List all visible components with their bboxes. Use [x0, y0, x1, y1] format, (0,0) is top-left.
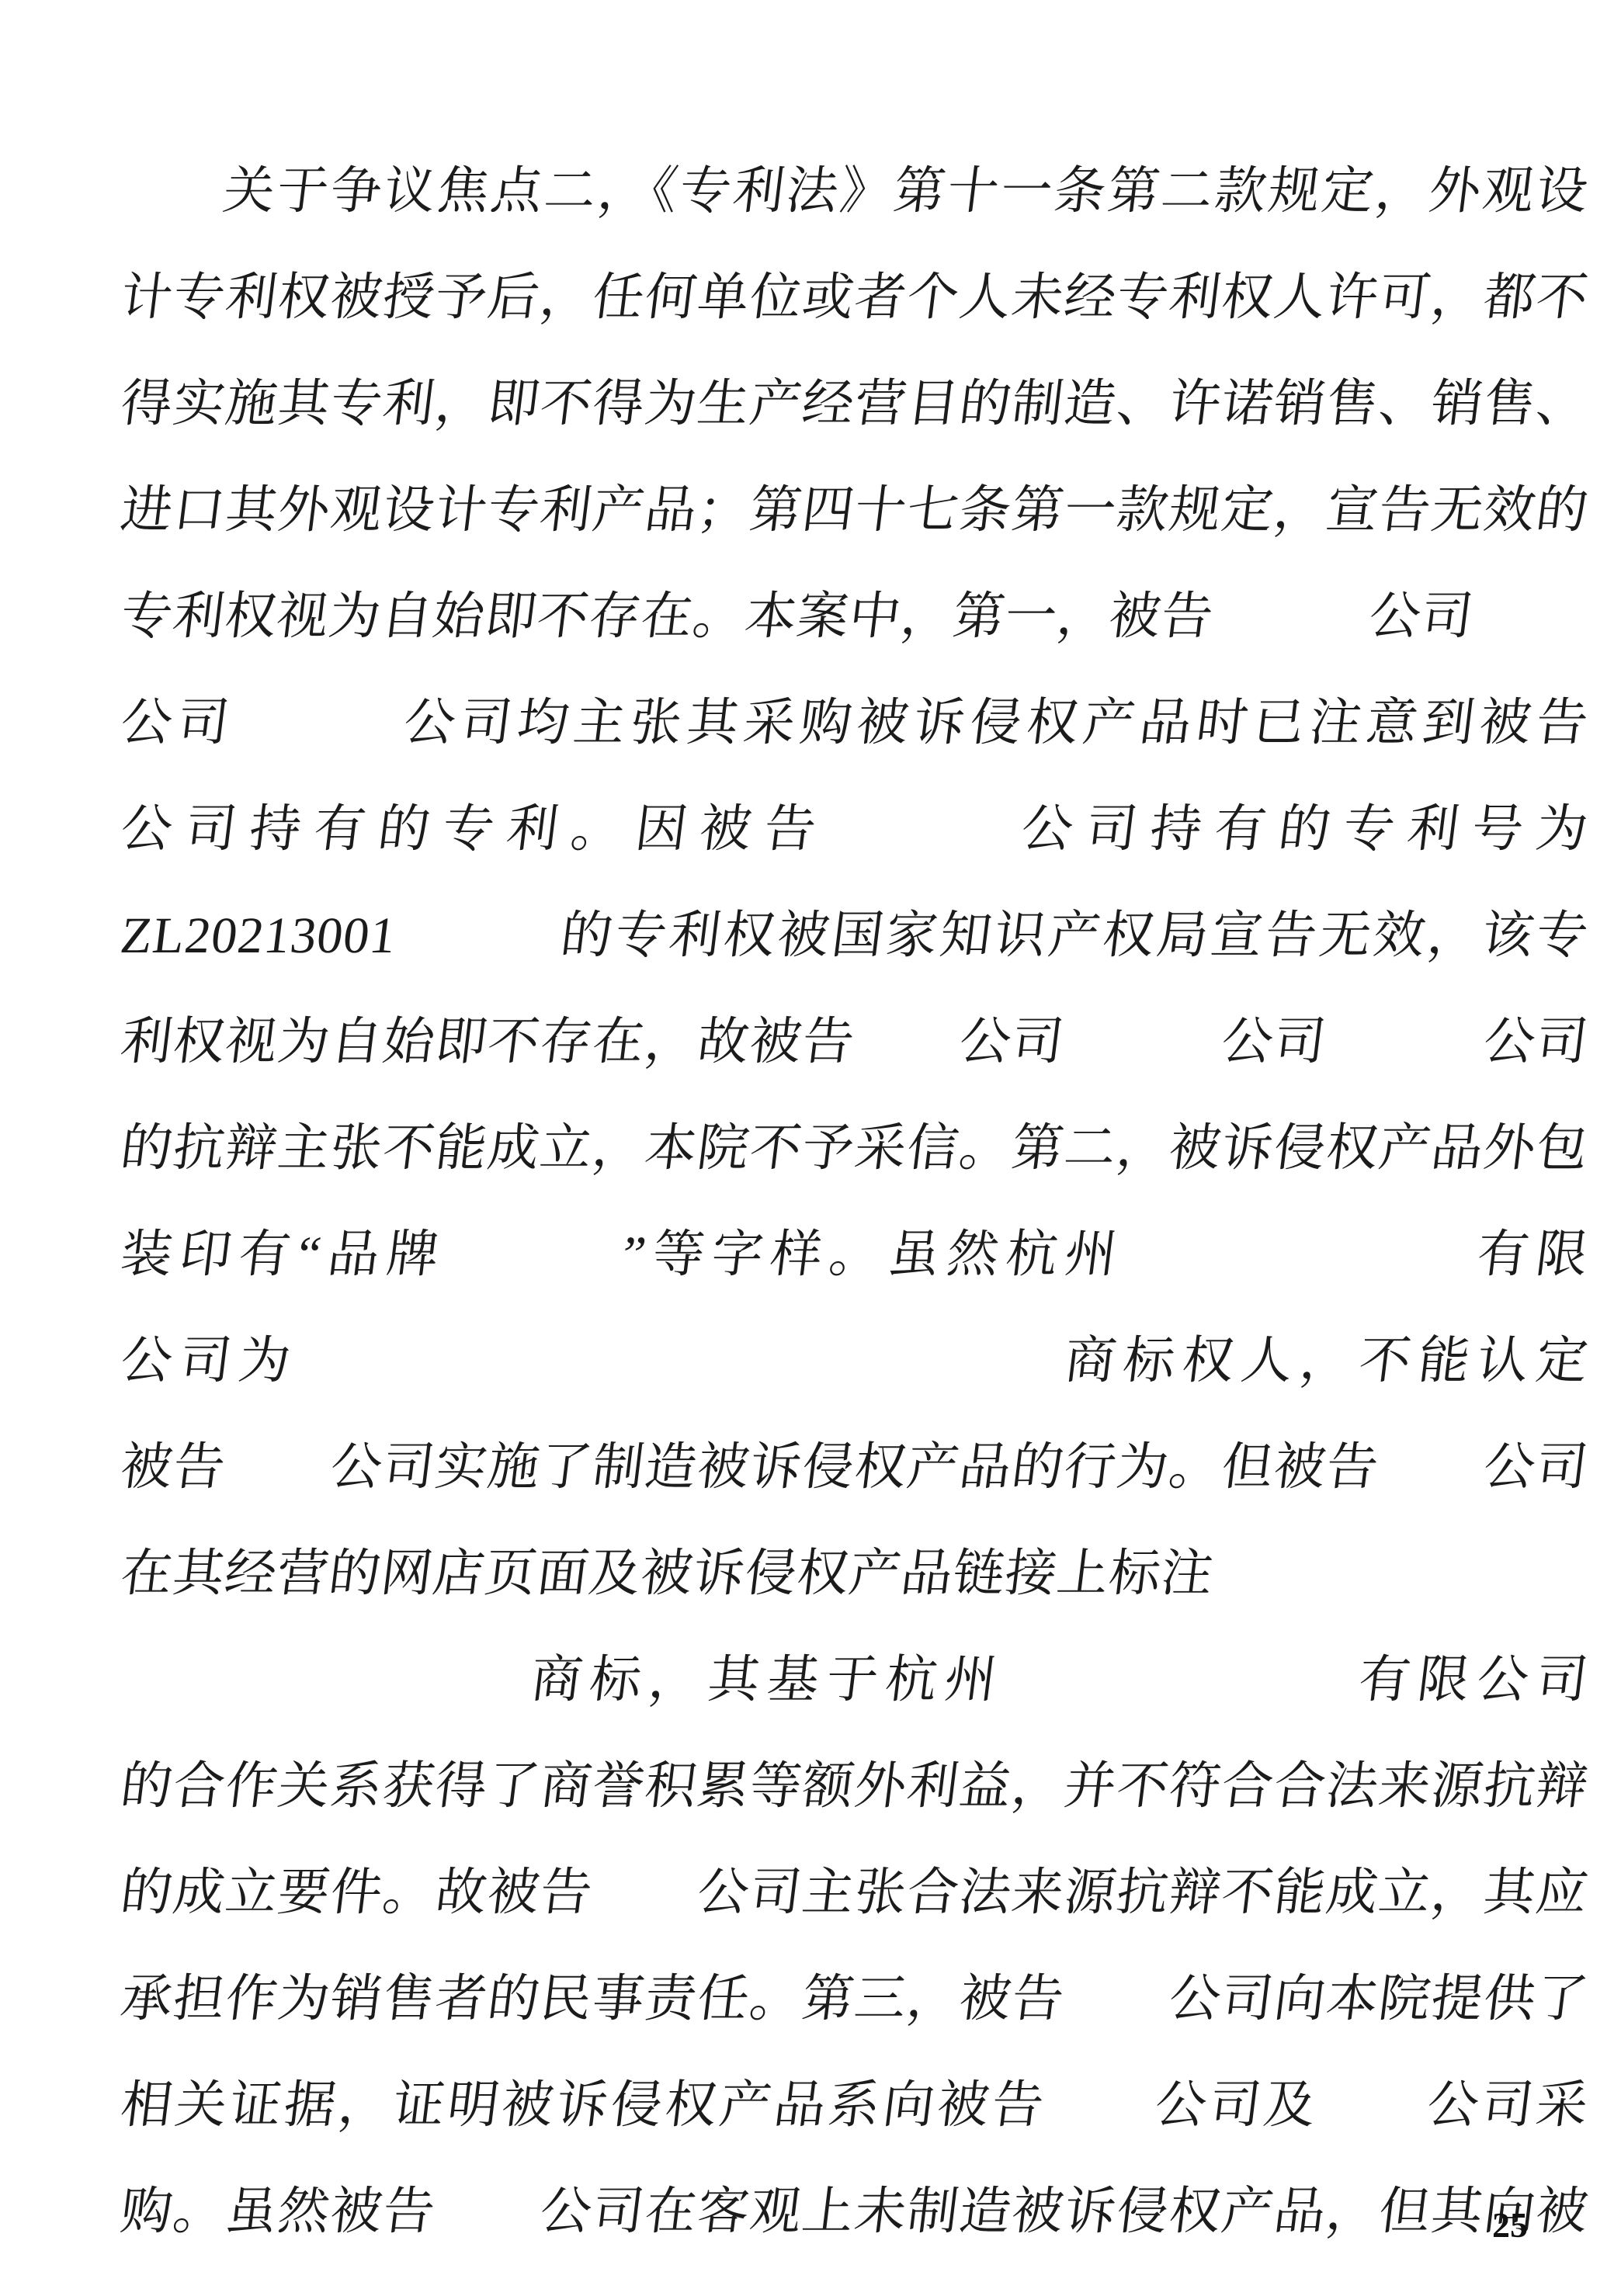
text-line: 关于争议焦点二，《专利法》第十一条第二款规定，外观设 — [114, 138, 1595, 245]
text-line: 公司持有的专利。因被告 公司持有的专利号为 — [114, 776, 1595, 883]
text-line: 计专利权被授予后，任何单位或者个人未经专利权人许可，都不 — [114, 245, 1595, 351]
text-line: 在其经营的网店页面及被诉侵权产品链接上标注 — [114, 1521, 1595, 1627]
judgment-text-block: 关于争议焦点二，《专利法》第十一条第二款规定，外观设计专利权被授予后，任何单位或… — [116, 138, 1584, 2265]
text-line: 的合作关系获得了商誉积累等额外利益，并不符合合法来源抗辩 — [114, 1733, 1595, 1840]
text-line: 承担作为销售者的民事责任。第三，被告 公司向本院提供了 — [114, 1946, 1595, 2052]
text-line: 公司为 商标权人，不能认定 — [114, 1308, 1595, 1414]
page-number: 25 — [1492, 2204, 1528, 2246]
text-line: 的抗辩主张不能成立，本院不予采信。第二，被诉侵权产品外包 — [114, 1095, 1595, 1202]
text-line: 得实施其专利，即不得为生产经营目的制造、许诺销售、销售、 — [114, 351, 1595, 457]
text-line: ZL20213001 的专利权被国家知识产权局宣告无效，该专 — [114, 883, 1595, 989]
text-line: 公司 公司均主张其采购被诉侵权产品时已注意到被告 — [114, 670, 1595, 776]
text-line: 相关证据，证明被诉侵权产品系向被告 公司及 公司采 — [114, 2052, 1595, 2159]
text-line: 利权视为自始即不存在，故被告 公司 公司 公司 — [114, 989, 1595, 1095]
text-line: 购。虽然被告 公司在客观上未制造被诉侵权产品，但其向被 — [114, 2159, 1595, 2265]
text-line: 商标，其基于杭州 有限公司 — [114, 1627, 1595, 1733]
text-line: 专利权视为自始即不存在。本案中，第一，被告 公司 — [114, 564, 1595, 670]
text-line: 的成立要件。故被告 公司主张合法来源抗辩不能成立，其应 — [114, 1840, 1595, 1946]
text-line: 装印有“品牌 ”等字样。虽然杭州 有限 — [114, 1202, 1595, 1308]
text-line: 进口其外观设计专利产品；第四十七条第一款规定，宣告无效的 — [114, 457, 1595, 564]
document-page: 关于争议焦点二，《专利法》第十一条第二款规定，外观设计专利权被授予后，任何单位或… — [0, 0, 1621, 2296]
text-line: 被告 公司实施了制造被诉侵权产品的行为。但被告 公司 — [114, 1414, 1595, 1521]
